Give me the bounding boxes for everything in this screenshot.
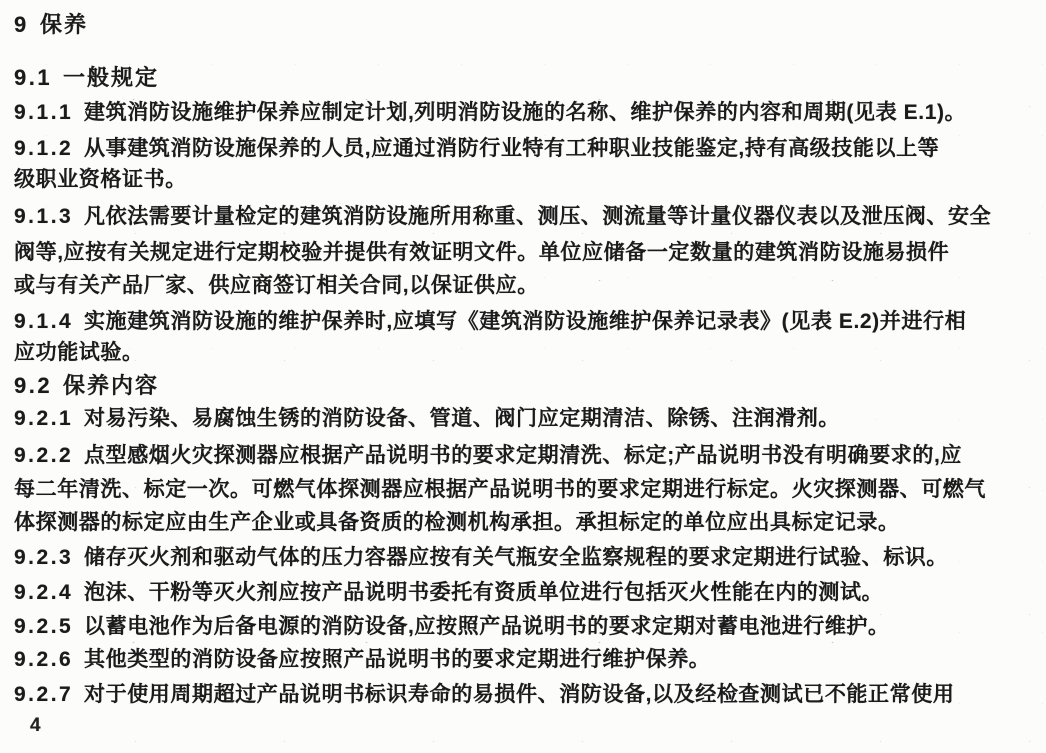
- clause-text: 泡沫、干粉等灭火剂应按产品说明书委托有资质单位进行包括灭火性能在内的测试。: [84, 581, 883, 605]
- clause-line-9-1-3-cont2: 或与有关产品厂家、供应商签订相关合同,以保证供应。: [14, 274, 1034, 298]
- clause-text: 实施建筑消防设施的维护保养时,应填写《建筑消防设施维护保养记录表》(见表 E.2…: [84, 310, 966, 334]
- section-title: 一般规定: [63, 66, 159, 90]
- clause-line-9-1-1: 9.1.1 建筑消防设施维护保养应制定计划,列明消防设施的名称、维护保养的内容和…: [14, 101, 1034, 125]
- clause-number: 9.2.3: [14, 546, 84, 570]
- clause-line-9-1-4: 9.1.4 实施建筑消防设施的维护保养时,应填写《建筑消防设施维护保养记录表》(…: [14, 310, 1034, 334]
- clause-text: 建筑消防设施维护保养应制定计划,列明消防设施的名称、维护保养的内容和周期(见表 …: [84, 101, 966, 125]
- clause-number: 9.2.4: [14, 581, 84, 605]
- clause-line-9-2-4: 9.2.4 泡沫、干粉等灭火剂应按产品说明书委托有资质单位进行包括灭火性能在内的…: [14, 581, 1034, 605]
- clause-line-9-2-6: 9.2.6 其他类型的消防设备应按照产品说明书的要求定期进行维护保养。: [14, 648, 1034, 672]
- chapter-number: 9: [14, 13, 40, 37]
- clause-line-9-2-7: 9.2.7 对于使用周期超过产品说明书标识寿命的易损件、消防设备,以及经检查测试…: [14, 683, 1034, 707]
- clause-number: 9.1.1: [14, 101, 84, 125]
- clause-text: 应功能试验。: [14, 341, 144, 365]
- document-page: 9 保养 9.1 一般规定 9.1.1 建筑消防设施维护保养应制定计划,列明消防…: [0, 0, 1046, 753]
- clause-text: 或与有关产品厂家、供应商签订相关合同,以保证供应。: [14, 274, 539, 298]
- clause-line-9-2-2-cont2: 体探测器的标定应由生产企业或具备资质的检测机构承担。承担标定的单位应出具标定记录…: [14, 511, 1034, 535]
- section-number: 9.1: [14, 66, 63, 90]
- clause-text: 点型感烟火灾探测器应根据产品说明书的要求定期清洗、标定;产品说明书没有明确要求的…: [84, 444, 962, 468]
- clause-text: 每二年清洗、标定一次。可燃气体探测器应根据产品说明书的要求定期进行标定。火灾探测…: [14, 478, 986, 502]
- clause-line-9-2-2: 9.2.2 点型感烟火灾探测器应根据产品说明书的要求定期清洗、标定;产品说明书没…: [14, 444, 1034, 468]
- clause-number: 9.1.4: [14, 310, 84, 334]
- chapter-heading: 9 保养: [14, 13, 1034, 37]
- clause-line-9-1-3: 9.1.3 凡依法需要计量检定的建筑消防设施所用称重、测压、测流量等计量仪器仪表…: [14, 205, 1034, 229]
- section-title: 保养内容: [63, 374, 159, 398]
- clause-line-9-2-3: 9.2.3 储存灭火剂和驱动气体的压力容器应按有关气瓶安全监察规程的要求定期进行…: [14, 546, 1034, 570]
- clause-text: 级职业资格证书。: [14, 168, 187, 192]
- clause-text: 以蓄电池作为后备电源的消防设备,应按照产品说明书的要求定期对蓄电池进行维护。: [84, 615, 890, 639]
- clause-number: 9.2.6: [14, 648, 84, 672]
- section-heading-9-2: 9.2 保养内容: [14, 374, 1034, 398]
- clause-line-9-2-2-cont1: 每二年清洗、标定一次。可燃气体探测器应根据产品说明书的要求定期进行标定。火灾探测…: [14, 478, 1034, 502]
- clause-line-9-1-4-cont: 应功能试验。: [14, 341, 1034, 365]
- clause-text: 对易污染、易腐蚀生锈的消防设备、管道、阀门应定期清洁、除锈、注润滑剂。: [84, 407, 840, 431]
- clause-number: 9.2.2: [14, 444, 84, 468]
- clause-line-9-1-2-cont: 级职业资格证书。: [14, 168, 1034, 192]
- clause-number: 9.1.2: [14, 137, 84, 161]
- clause-number: 9.2.1: [14, 407, 84, 431]
- section-heading-9-1: 9.1 一般规定: [14, 66, 1034, 90]
- clause-text: 储存灭火剂和驱动气体的压力容器应按有关气瓶安全监察规程的要求定期进行试验、标识。: [84, 546, 948, 570]
- clause-line-9-1-3-cont1: 阀等,应按有关规定进行定期校验并提供有效证明文件。单位应储备一定数量的建筑消防设…: [14, 241, 1034, 265]
- chapter-title: 保养: [40, 13, 88, 37]
- clause-text: 体探测器的标定应由生产企业或具备资质的检测机构承担。承担标定的单位应出具标定记录…: [14, 511, 900, 535]
- clause-text: 凡依法需要计量检定的建筑消防设施所用称重、测压、测流量等计量仪器仪表以及泄压阀、…: [84, 205, 991, 229]
- clause-line-9-2-1: 9.2.1 对易污染、易腐蚀生锈的消防设备、管道、阀门应定期清洁、除锈、注润滑剂…: [14, 407, 1034, 431]
- clause-text: 从事建筑消防设施保养的人员,应通过消防行业特有工种职业技能鉴定,持有高级技能以上…: [84, 137, 939, 161]
- clause-number: 9.2.5: [14, 615, 84, 639]
- page-number: 4: [30, 715, 41, 737]
- clause-number: 9.1.3: [14, 205, 84, 229]
- clause-line-9-2-5: 9.2.5 以蓄电池作为后备电源的消防设备,应按照产品说明书的要求定期对蓄电池进…: [14, 615, 1034, 639]
- clause-text: 阀等,应按有关规定进行定期校验并提供有效证明文件。单位应储备一定数量的建筑消防设…: [14, 241, 949, 265]
- clause-number: 9.2.7: [14, 683, 84, 707]
- section-number: 9.2: [14, 374, 63, 398]
- clause-text: 对于使用周期超过产品说明书标识寿命的易损件、消防设备,以及经检查测试已不能正常使…: [84, 683, 954, 707]
- clause-text: 其他类型的消防设备应按照产品说明书的要求定期进行维护保养。: [84, 648, 710, 672]
- clause-line-9-1-2: 9.1.2 从事建筑消防设施保养的人员,应通过消防行业特有工种职业技能鉴定,持有…: [14, 137, 1034, 161]
